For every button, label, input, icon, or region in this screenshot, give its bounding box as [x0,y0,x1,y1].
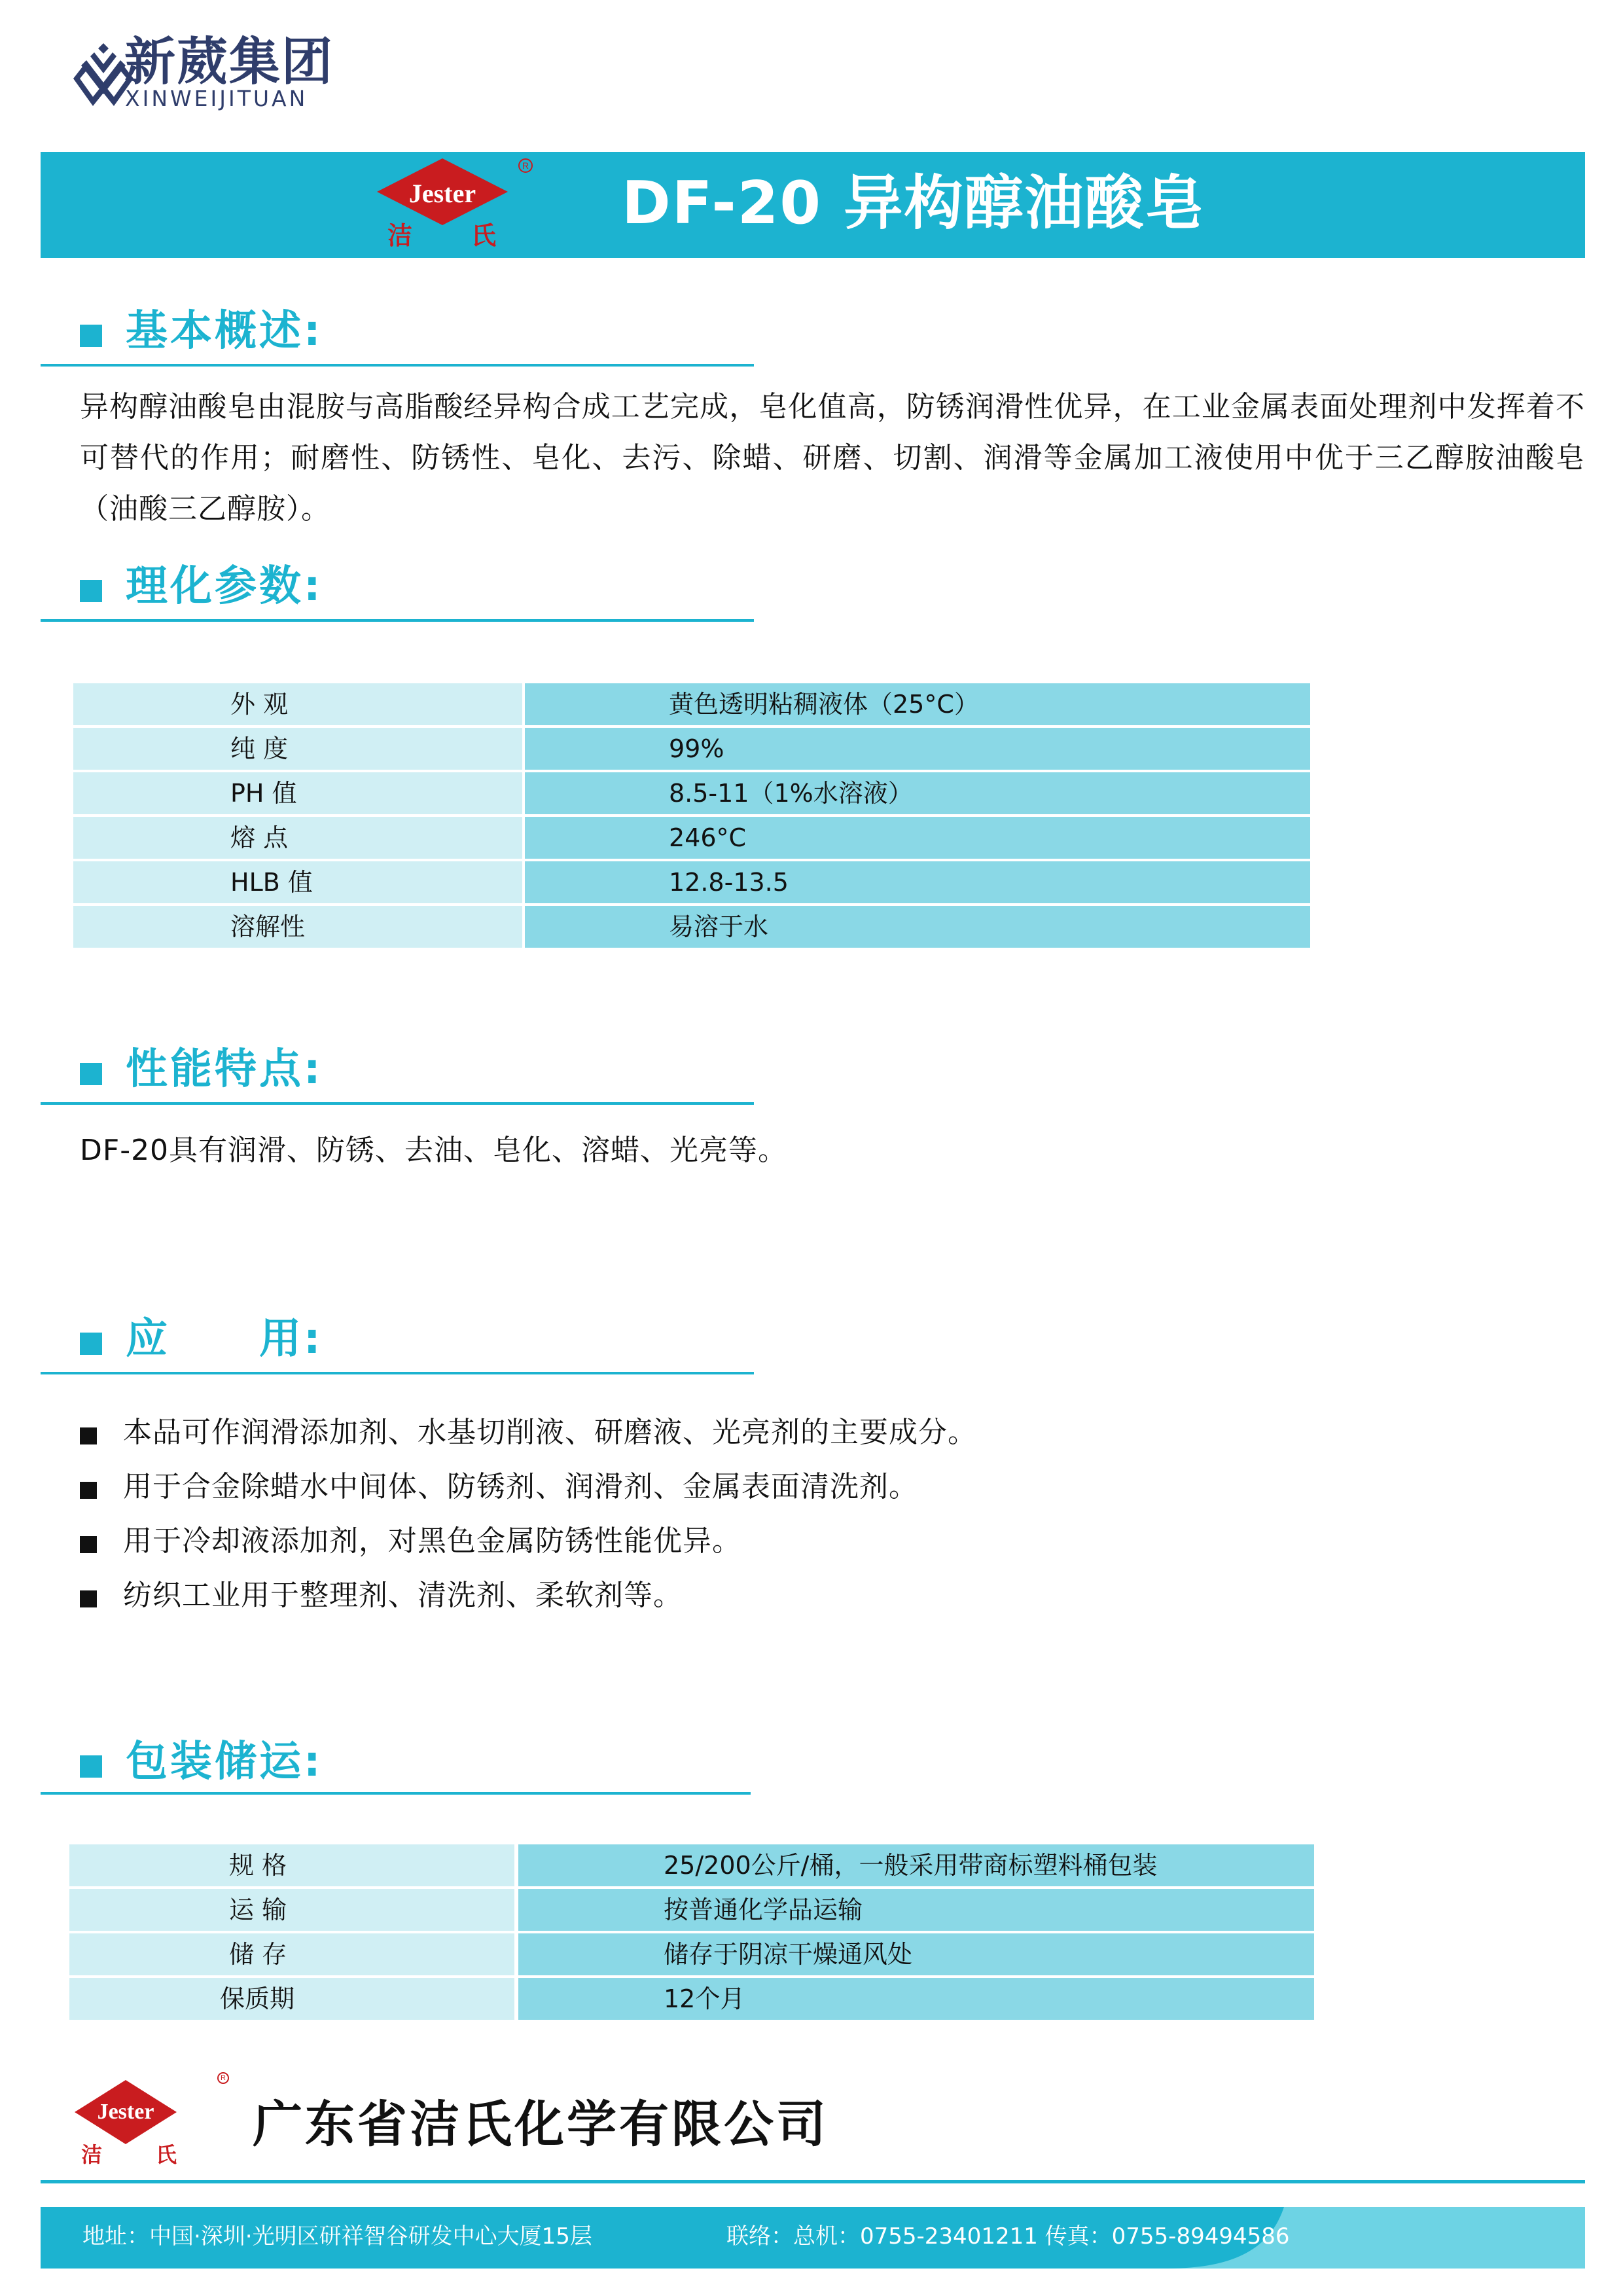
brand-name-en: XINWEIJITUAN [125,88,308,109]
row-label: 纯 度 [230,736,288,761]
heading-square-icon [80,1333,102,1355]
jester-logo-word: Jester [75,2101,177,2123]
table-row: 规 格 25/200公斤/桶，一般采用带商标塑料桶包装 [69,1844,1314,1886]
product-title: DF-20 异构醇油酸皂 [622,174,1205,233]
row-label: 规 格 [229,1853,287,1878]
table-row: 纯 度 99% [73,728,1310,770]
table-row: 保质期 12个月 [69,1978,1314,2020]
row-label: 储 存 [229,1942,287,1967]
row-label: 运 输 [229,1897,287,1922]
table-row: PH 值 8.5-11（1%水溶液） [73,772,1310,814]
title-banner: Jester 洁 氏 R DF-20 异构醇油酸皂 [41,152,1585,258]
row-label: 保质期 [220,1986,294,2011]
heading-square-icon [80,1063,102,1085]
jester-logo-cn-left: 洁 [81,2144,102,2165]
heading-square-icon [80,325,102,347]
bullet-square-icon [80,1482,97,1499]
jester-logo-cn-right: 氏 [156,2144,177,2165]
registered-mark-icon: R [217,2072,229,2084]
row-label: HLB 值 [230,870,313,895]
row-value: 25/200公斤/桶，一般采用带商标塑料桶包装 [664,1853,1158,1878]
footer-address: 地址：中国·深圳·光明区研祥智谷研发中心大厦15层 [82,2225,592,2248]
row-label: 熔 点 [230,825,288,850]
bullet-square-icon [80,1536,97,1553]
table-row: 储 存 储存于阴凉干燥通风处 [69,1933,1314,1975]
divider [41,619,754,622]
heading-square-icon [80,1755,102,1778]
row-value: 8.5-11（1%水溶液） [669,781,913,806]
features-text: DF-20具有润滑、防锈、去油、皂化、溶蜡、光亮等。 [80,1136,787,1165]
footer-jester-logo: Jester 洁 氏 R [73,2072,243,2170]
table-row: 溶解性 易溶于水 [73,906,1310,948]
footer-contact: 联络：总机：0755-23401211 传真：0755-89494586 [726,2225,1290,2248]
table-row: 熔 点 246°C [73,817,1310,859]
table-row: 运 输 按普通化学品运输 [69,1889,1314,1931]
row-value: 12.8-13.5 [669,870,789,895]
row-label: PH 值 [230,781,297,806]
brand-name-cn: 新葳集团 [124,37,334,88]
bullet-square-icon [80,1590,97,1607]
jester-logo-cn-right: 氏 [471,224,496,249]
footer-divider [41,2180,1585,2183]
row-label: 溶解性 [230,914,305,939]
packaging-table: 规 格 25/200公斤/桶，一般采用带商标塑料桶包装 运 输 按普通化学品运输… [69,1844,1314,2021]
footer-contact-band: 地址：中国·深圳·光明区研祥智谷研发中心大厦15层 联络：总机：0755-234… [41,2207,1585,2269]
company-name: 广东省洁氏化学有限公司 [253,2100,829,2149]
row-value: 12个月 [664,1986,745,2011]
table-row: HLB 值 12.8-13.5 [73,861,1310,903]
row-value: 246°C [669,825,746,850]
divider [41,364,754,367]
overview-text: 异构醇油酸皂由混胺与高脂酸经异构合成工艺完成，皂化值高，防锈润滑性优异，在工业金… [80,382,1585,535]
row-value: 按普通化学品运输 [664,1897,863,1922]
jester-logo: Jester 洁 氏 R [356,152,565,258]
heading-square-icon [80,580,102,602]
row-value: 储存于阴凉干燥通风处 [664,1942,912,1967]
divider [41,1792,751,1795]
row-value: 99% [669,736,724,761]
divider [41,1372,754,1374]
jester-logo-cn-left: 洁 [387,224,412,249]
row-value: 易溶于水 [669,914,768,939]
divider [41,1102,754,1105]
properties-table: 外 观 黄色透明粘稠液体（25°C） 纯 度 99% PH 值 8.5-11（1… [73,683,1310,948]
bullet-square-icon [80,1427,97,1444]
jester-logo-word: Jester [377,181,508,207]
row-label: 外 观 [230,692,288,717]
table-row: 外 观 黄色透明粘稠液体（25°C） [73,683,1310,725]
row-value: 黄色透明粘稠液体（25°C） [669,692,979,717]
registered-mark-icon: R [518,158,533,173]
